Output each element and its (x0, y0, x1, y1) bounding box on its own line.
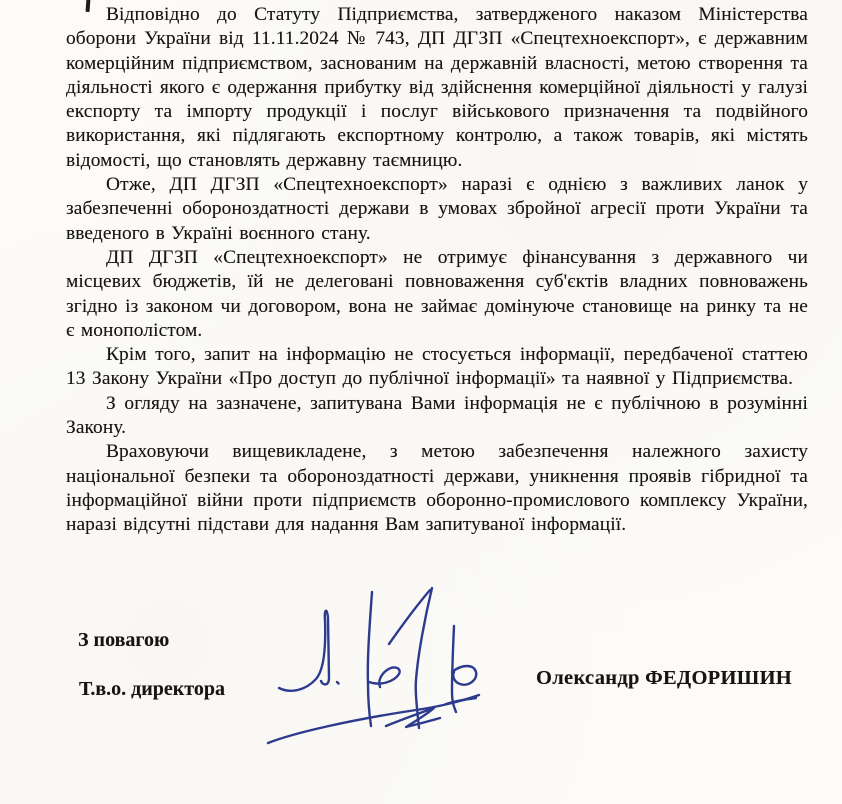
document-page: Відповідно до Статуту Підприємства, затв… (0, 0, 842, 804)
letter-paragraph: Отже, ДП ДГЗП «Спецтехноекспорт» наразі … (66, 173, 808, 246)
closing-salutation: З повагою (78, 629, 169, 652)
letter-paragraph: ДП ДГЗП «Спецтехноекспорт» не отримує фі… (66, 246, 808, 343)
signature-stroke (369, 667, 400, 687)
signature-stroke (279, 611, 329, 691)
signer-name: Олександр ФЕДОРИШИН (536, 667, 792, 690)
signature-stroke (389, 590, 430, 644)
signature-stroke (337, 682, 339, 684)
signature-strokes (268, 588, 479, 743)
handwritten-signature-icon (266, 580, 506, 752)
letter-paragraph: Крім того, запит на інформацію не стосує… (66, 343, 808, 392)
signer-title: Т.в.о. директора (79, 678, 225, 701)
letter-paragraph: З огляду на зазначене, запитувана Вами і… (66, 392, 808, 441)
letter-paragraph: Враховуючи вищевикладене, з метою забезп… (66, 440, 808, 537)
signature-stroke (268, 695, 479, 743)
letter-body: Відповідно до Статуту Підприємства, затв… (66, 3, 808, 538)
letter-paragraph: Відповідно до Статуту Підприємства, затв… (66, 3, 808, 173)
signature-stroke (452, 666, 476, 685)
signature-stroke (368, 592, 372, 726)
